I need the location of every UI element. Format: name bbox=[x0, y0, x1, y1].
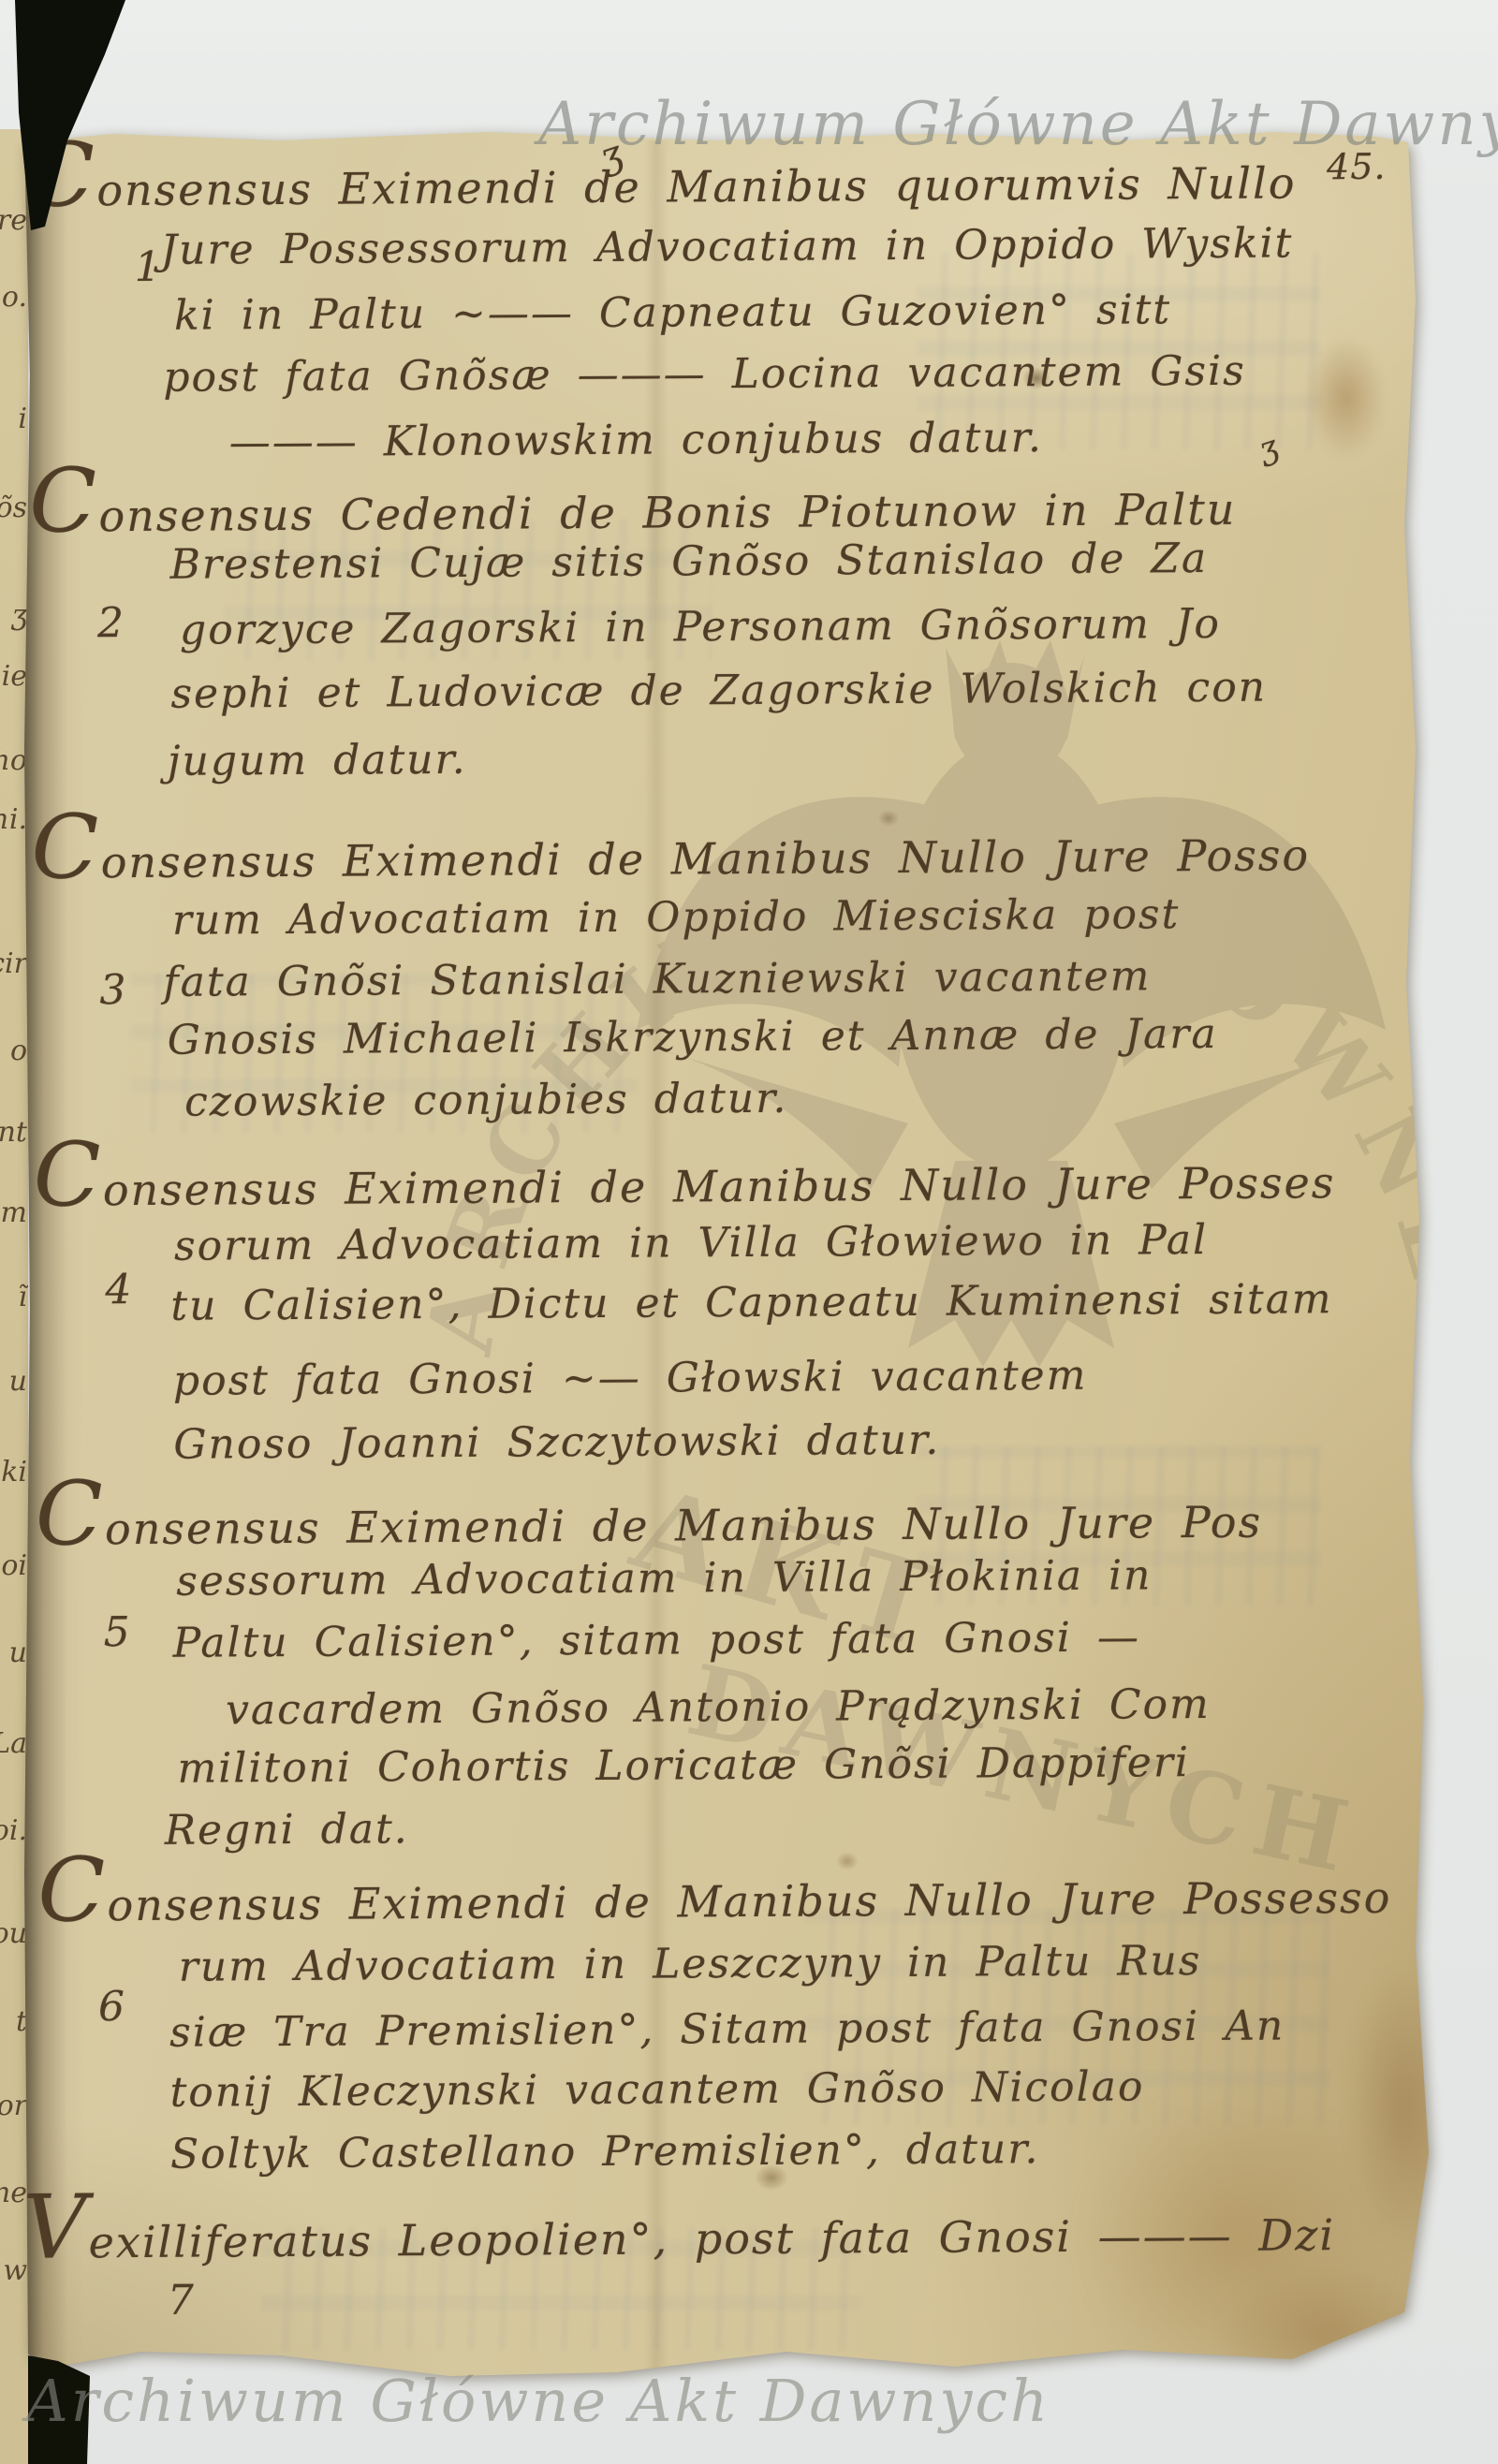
entry-line: gorzyce Zagorski in Personam Gnõsorum Jo bbox=[180, 604, 1221, 652]
entry-line: Consensus Cedendi de Bonis Piotunow in P… bbox=[29, 473, 1236, 538]
entry-number: 6 bbox=[98, 1983, 126, 2031]
entry-line: Consensus Eximendi de Manibus Nullo Jure… bbox=[37, 1861, 1391, 1928]
entry-line: Consensus Eximendi de Manibus Nullo Jure… bbox=[36, 1486, 1263, 1551]
entry-line: Consensus Eximendi de Manibus Nullo Jure… bbox=[31, 818, 1310, 884]
register-entry: 5 Consensus Eximendi de Manibus Nullo Ju… bbox=[0, 0, 1491, 5]
entry-line: jugum datur. bbox=[168, 740, 467, 783]
entry-number: 3 bbox=[99, 966, 127, 1014]
entry-line: post fata Gnosi ~— Głowski vacantem bbox=[173, 1356, 1088, 1402]
entry-line: Vexilliferatus Leopolien°, post fata Gno… bbox=[22, 2198, 1335, 2265]
entry-line: sessorum Advocatiam in Villa Płokinia in bbox=[176, 1555, 1152, 1602]
register-entry: 4 Consensus Eximendi de Manibus Nullo Ju… bbox=[0, 0, 1491, 5]
entry-line: vacardem Gnõso Antonio Prądzynski Com bbox=[226, 1684, 1211, 1731]
entry-line: sephi et Ludovicæ de Zagorskie Wolskich … bbox=[170, 667, 1267, 715]
entry-line: post fata Gnõsæ ——— Locina vacantem Gsis bbox=[163, 351, 1246, 399]
archive-watermark-bottom: Archiwum Główne Akt Dawnych bbox=[26, 2367, 1050, 2435]
register-entry: 3 Consensus Eximendi de Manibus Nullo Ju… bbox=[0, 0, 1491, 5]
archival-scan: { "colors":{"ink":"#4f3c26","paper":"#d7… bbox=[0, 0, 1498, 2464]
entry-line: Regni dat. bbox=[165, 1809, 409, 1852]
entry-line: ki in Paltu ~—— Capneatu Guzovien° sitt bbox=[174, 289, 1171, 337]
paper-sheet: ARCHIWUM GŁÓWNE AKT DAWNYCH bbox=[0, 0, 1498, 2464]
entry-line: Soltyk Castellano Premislien°, datur. bbox=[170, 2129, 1040, 2176]
manuscript-page: ARCHIWUM GŁÓWNE AKT DAWNYCH bbox=[0, 0, 1498, 2464]
entry-line: Paltu Calisien°, sitam post fata Gnosi — bbox=[173, 1617, 1140, 1664]
archive-watermark-top: Archiwum Główne Akt Dawnych bbox=[538, 90, 1498, 159]
entry-number: 2 bbox=[97, 599, 125, 647]
entry-line: tonij Kleczynski vacantem Gnõso Nicolao bbox=[169, 2066, 1144, 2113]
entry-line: Jure Possessorum Advocatiam in Oppido Wy… bbox=[160, 223, 1293, 271]
register-entry: 1 Consensus Eximendi de Manibus quorumvi… bbox=[0, 0, 1491, 5]
entry-number: 1 bbox=[135, 243, 163, 291]
entry-line: sorum Advocatiam in Villa Głowiewo in Pa… bbox=[174, 1220, 1208, 1268]
entry-line: rum Advocatiam in Oppido Miesciska post bbox=[172, 894, 1181, 942]
register-entry: 6 Consensus Eximendi de Manibus Nullo Ju… bbox=[0, 0, 1491, 5]
entry-line: rum Advocatiam in Leszczyny in Paltu Rus bbox=[179, 1941, 1202, 1988]
entry-number: 4 bbox=[105, 1266, 133, 1313]
register-entry: 2 Consensus Cedendi de Bonis Piotunow in… bbox=[0, 0, 1491, 5]
handwritten-text: 45. ʒ ʒ 1 Consensus Eximendi de Manibus … bbox=[0, 0, 1498, 2464]
entry-line: Gnosis Michaeli Iskrzynski et Annæ de Ja… bbox=[168, 1014, 1218, 1062]
entry-line: tu Calisien°, Dictu et Capneatu Kuminens… bbox=[170, 1279, 1332, 1327]
register-entry: 7 Vexilliferatus Leopolien°, post fata G… bbox=[0, 0, 1491, 5]
entry-line: czowskie conjubies datur. bbox=[184, 1078, 787, 1123]
entry-number: 7 bbox=[168, 2277, 196, 2325]
entry-line: Consensus Eximendi de Manibus Nullo Jure… bbox=[33, 1146, 1335, 1211]
entry-line: fata Gnõsi Stanislai Kuzniewski vacantem bbox=[163, 956, 1151, 1003]
entry-line: ——— Klonowskim conjubus datur. bbox=[229, 418, 1043, 463]
entry-line: siæ Tra Premislien°, Sitam post fata Gno… bbox=[169, 2006, 1285, 2054]
ink-flourish: ʒ bbox=[1254, 427, 1285, 469]
entry-number: 5 bbox=[103, 1608, 131, 1656]
entry-line: Gnoso Joanni Szczytowski datur. bbox=[173, 1420, 940, 1466]
entry-line: Brestensi Cujæ sitis Gnõso Stanislao de … bbox=[170, 538, 1209, 586]
entry-line: militoni Cohortis Loricatæ Gnõsi Dappife… bbox=[177, 1742, 1190, 1790]
